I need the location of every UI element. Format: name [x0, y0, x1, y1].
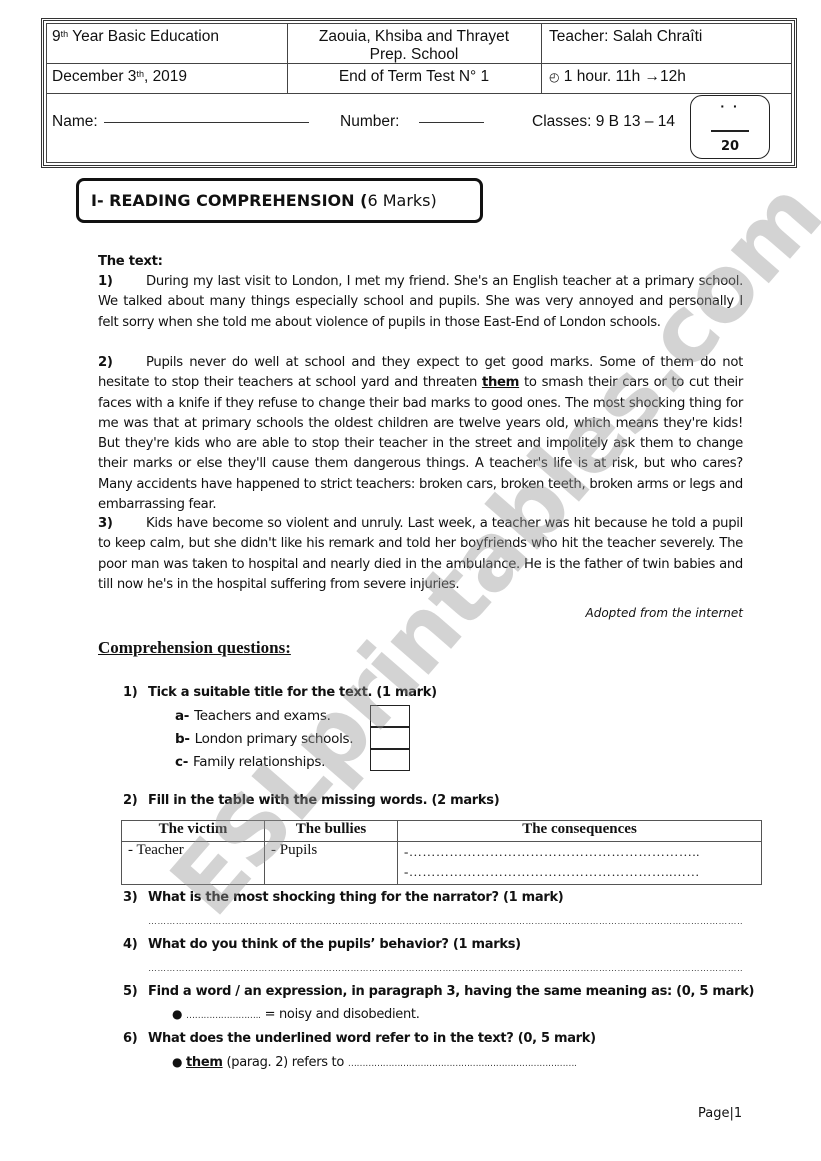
cell-bullies: - Pupils	[265, 842, 398, 885]
tick-box-a[interactable]	[370, 705, 410, 727]
cell-consequences[interactable]: -……………………………………………………….. -………………………………………	[398, 842, 762, 885]
number-field-line[interactable]	[419, 122, 484, 123]
question-6: 6)What does the underlined word refer to…	[123, 1031, 596, 1046]
score-box: · · 20	[690, 95, 770, 159]
paragraph-1: 1)During my last visit to London, I met …	[98, 272, 743, 333]
col-header-bullies: The bullies	[265, 821, 398, 842]
tick-box-b[interactable]	[370, 727, 410, 749]
page-number: Page|1	[698, 1106, 742, 1121]
teacher-name: Teacher: Salah Chraîti	[549, 28, 702, 46]
divider	[541, 24, 542, 93]
question-1: 1)Tick a suitable title for the text. (1…	[123, 685, 437, 700]
bullet-icon: ●	[172, 1007, 186, 1021]
questions-heading: Comprehension questions:	[98, 638, 291, 658]
option-b: b-London primary schools.	[175, 731, 353, 747]
consequence-blank-1[interactable]: -………………………………………………………..	[404, 842, 755, 862]
tick-box-c[interactable]	[370, 749, 410, 771]
question-6-item: ●them (parag. 2) refers to ……………………………………	[172, 1055, 577, 1070]
name-label: Name:	[52, 113, 98, 131]
classes-label: Classes: 9 B 13 – 14	[532, 113, 675, 131]
option-c: c-Family relationships.	[175, 754, 325, 770]
text-source: Adopted from the internet	[500, 606, 743, 620]
test-title: End of Term Test N° 1	[287, 68, 541, 86]
bullet-icon: ●	[172, 1055, 186, 1069]
question-4: 4)What do you think of the pupils’ behav…	[123, 937, 521, 952]
grade-label: 9th Year Basic Education	[52, 28, 219, 46]
underlined-word: them	[482, 375, 519, 390]
school-name: Zaouia, Khsiba and ThrayetPrep. School	[287, 28, 541, 64]
question-3: 3)What is the most shocking thing for th…	[123, 890, 563, 905]
number-label: Number:	[340, 113, 399, 131]
clock-icon: ◴	[549, 70, 559, 84]
score-blank: · ·	[691, 98, 769, 114]
score-fraction-bar	[711, 130, 749, 132]
paragraph-3: 3)Kids have become so violent and unruly…	[98, 514, 743, 595]
col-header-consequences: The consequences	[398, 821, 762, 842]
consequence-blank-2[interactable]: -…………………………………………………..……	[404, 862, 755, 882]
score-total: 20	[691, 139, 769, 154]
answer-blank-5[interactable]: ……………………..	[186, 1011, 261, 1021]
exam-date: December 3th, 2019	[52, 68, 187, 86]
name-field-line[interactable]	[104, 122, 309, 123]
divider	[47, 93, 791, 94]
question-2: 2)Fill in the table with the missing wor…	[123, 793, 499, 808]
paragraph-2: 2)Pupils never do well at school and the…	[98, 353, 743, 515]
question-5-item: ●…………………….. = noisy and disobedient.	[172, 1007, 420, 1022]
answer-line-4[interactable]: ……………………………………………………………………………………………………………	[148, 963, 742, 973]
cell-victim: - Teacher	[122, 842, 265, 885]
col-header-victim: The victim	[122, 821, 265, 842]
answer-line-3[interactable]: ……………………………………………………………………………………………………………	[148, 916, 742, 926]
section-title: I- READING COMPREHENSION (6 Marks)	[91, 191, 437, 210]
section-title-box: I- READING COMPREHENSION (6 Marks)	[76, 178, 483, 223]
answer-blank-6[interactable]: …………………………………………………………………….	[348, 1059, 577, 1069]
question-5: 5)Find a word / an expression, in paragr…	[123, 984, 754, 999]
exam-header: 9th Year Basic Education Zaouia, Khsiba …	[41, 18, 797, 168]
text-heading: The text:	[98, 252, 743, 272]
fill-table: The victim The bullies The consequences …	[121, 820, 762, 885]
duration: ◴ 1 hour. 11h →12h	[549, 68, 686, 86]
option-a: a-Teachers and exams.	[175, 708, 331, 724]
